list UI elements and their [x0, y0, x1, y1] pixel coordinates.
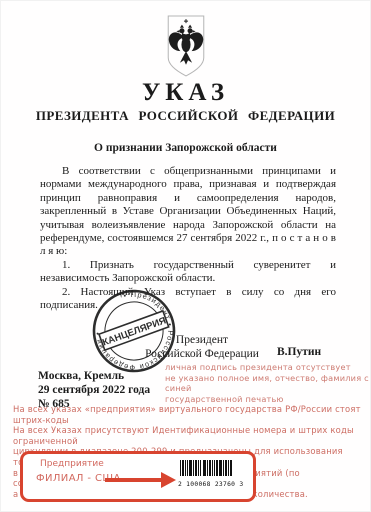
issued-place: Москва, Кремль	[38, 369, 150, 383]
decree-preamble: В соответствии с общепризнанными принцип…	[40, 165, 336, 259]
red-arrow-icon	[105, 478, 161, 482]
signature-annotation-line: не указано полное имя, отчество, фамилия…	[165, 373, 371, 394]
decree-document-page: УКАЗ ПРЕЗИДЕНТА РОССИЙСКОЙ ФЕДЕРАЦИИ О п…	[0, 0, 371, 512]
barcode-annotation-line: На всех указах «предприятия» виртуальног…	[13, 404, 371, 425]
barcode-annotation-line: На всех Указах присутствуют Идентификаци…	[13, 425, 371, 446]
barcode-digits: 2 100068 23760 3	[178, 481, 234, 488]
barcode-highlight-box: Предприятие ФИЛИАЛ - США 2 100068 2376	[20, 451, 256, 502]
enterprise-label: Предприятие	[40, 459, 104, 469]
decree-body: В соответствии с общепризнанными принцип…	[40, 165, 336, 312]
decree-item-1: 1. Признать государственный суверенитет …	[40, 259, 336, 286]
signature-annotation-line: личная подпись президента отсутствует	[165, 362, 371, 373]
signature-name: В.Путин	[277, 346, 321, 358]
barcode-bars-icon	[180, 460, 232, 476]
decree-title: УКАЗ	[0, 79, 371, 107]
issued-date: 29 сентября 2022 года	[38, 383, 150, 397]
signature-annotation-line: государственной печатью	[165, 394, 371, 405]
barcode: 2 100068 23760 3	[178, 460, 234, 486]
decree-subject: О признании Запорожской области	[0, 142, 371, 154]
signature-annotation: личная подпись президента отсутствует не…	[165, 362, 371, 404]
decree-subtitle: ПРЕЗИДЕНТА РОССИЙСКОЙ ФЕДЕРАЦИИ	[0, 108, 371, 124]
russia-coat-of-arms-icon	[163, 13, 209, 79]
